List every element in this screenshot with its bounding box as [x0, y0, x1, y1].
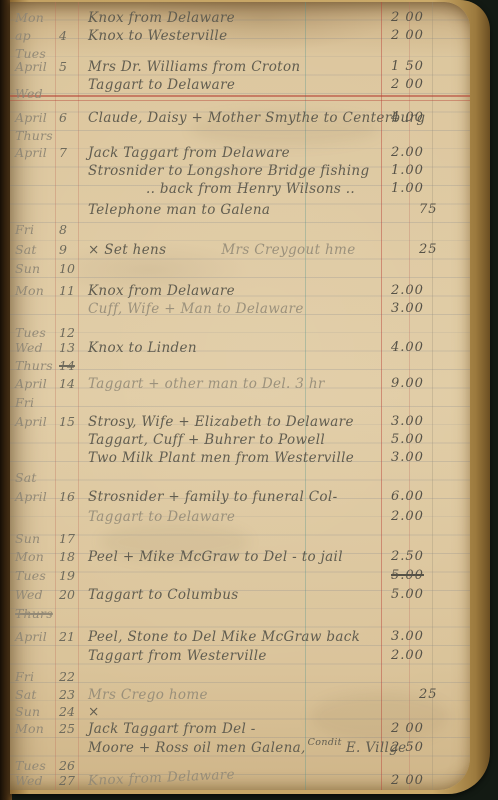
day-label: Fri [15, 222, 57, 237]
amount-value: 4.00 [391, 340, 451, 355]
entry-text-main: Knox to Westerville [88, 28, 227, 44]
ledger-row: Moore + Ross oil men Galena,ConditE. Vil… [10, 740, 470, 759]
date-number: 8 [59, 222, 81, 237]
entry-text: Knox to Westerville [88, 28, 227, 44]
entry-text-main: Peel, Stone to Del Mike McGraw back [88, 629, 360, 645]
day-label: Sun [15, 531, 57, 546]
entry-text: Two Milk Plant men from Westerville [88, 450, 354, 466]
entry-text-main: Strosnider to Longshore Bridge fishing [88, 163, 369, 179]
amount-value: 5.00 [391, 568, 451, 583]
entry-text-main: Two Milk Plant men from Westerville [88, 450, 354, 466]
date-number: 14 [59, 376, 81, 391]
ledger-row: April21Peel, Stone to Del Mike McGraw ba… [10, 629, 470, 648]
amount-value: 2.50 [391, 549, 451, 564]
entry-text-main: Taggart + other man to Del. 3 hr [88, 376, 325, 392]
ledger-row: Mon11Knox from Delaware2.00 [10, 283, 470, 302]
entry-text-main: Knox to Linden [88, 340, 197, 356]
day-label: Sun [15, 704, 57, 719]
day-label: Sat [15, 242, 57, 257]
ledger-row: Tues195.00 [10, 568, 470, 587]
ledger-row: April5Mrs Dr. Williams from Croton1 50 [10, 59, 470, 78]
amount-value: 2 00 [391, 721, 451, 736]
ledger-row: Two Milk Plant men from Westerville3.00 [10, 450, 470, 469]
entry-text-main: Jack Taggart from Delaware [88, 145, 290, 161]
ledger-page: MonKnox from Delaware2 00ap4Knox to West… [10, 2, 470, 790]
day-label: Fri [15, 395, 57, 410]
day-label: April [15, 376, 57, 391]
ledger-row: April6Claude, Daisy + Mother Smythe to C… [10, 110, 470, 129]
amount-value: 1.00 [391, 163, 451, 178]
date-number: 16 [59, 489, 81, 504]
day-label: Wed [15, 587, 57, 602]
ledger-row: MonKnox from Delaware2 00 [10, 10, 470, 29]
amount-value: 25 [391, 687, 479, 702]
entry-text: Taggart from Westerville [88, 648, 267, 664]
date-number: 24 [59, 704, 81, 719]
amount-value: 75 [391, 202, 479, 217]
entry-text: Peel, Stone to Del Mike McGraw back [88, 629, 360, 645]
amount-value: 3.00 [391, 414, 451, 429]
date-number: 19 [59, 568, 81, 583]
day-label: Thurs [15, 358, 57, 373]
entry-text: Claude, Daisy + Mother Smythe to Centerb… [88, 110, 425, 126]
ledger-row: Cuff, Wife + Man to Delaware3.00 [10, 301, 470, 320]
entry-text: Taggart to Delaware [88, 509, 235, 525]
amount-value: 2.00 [391, 283, 451, 298]
amount-value: 25 [391, 242, 479, 257]
amount-value: 2 00 [391, 773, 451, 788]
day-label: Fri [15, 669, 57, 684]
day-label: Sat [15, 687, 57, 702]
day-label: Tues [15, 568, 57, 583]
date-number: 14 [59, 358, 81, 373]
entry-text: × [88, 704, 100, 720]
date-number: 18 [59, 549, 81, 564]
entry-text-main: Moore + Ross oil men Galena, [88, 740, 306, 756]
day-label: Thurs [15, 606, 57, 621]
day-label: Thurs [15, 128, 57, 143]
entry-text-main: Cuff, Wife + Man to Delaware [88, 301, 304, 317]
ledger-row: Taggart, Cuff + Buhrer to Powell5.00 [10, 432, 470, 451]
entry-text: Taggart, Cuff + Buhrer to Powell [88, 432, 325, 448]
ledger-row: Wed13Knox to Linden4.00 [10, 340, 470, 359]
entry-text: Peel + Mike McGraw to Del - to jail [88, 549, 343, 565]
ledger-row: ap4Knox to Westerville2 00 [10, 28, 470, 47]
ledger-row: Fri [10, 395, 470, 414]
entry-text-main: Taggart to Columbus [88, 587, 239, 603]
ledger-row: Fri22 [10, 669, 470, 688]
entry-text-main: Telephone man to Galena [88, 202, 270, 218]
ledger-row: Sat9× Set hensMrs Creygout hme25 [10, 242, 470, 261]
entry-text-main: × Set hens [88, 242, 166, 258]
ledger-row: April7Jack Taggart from Delaware2.00 [10, 145, 470, 164]
date-number: 10 [59, 261, 81, 276]
inserted-word: Condit [308, 737, 342, 748]
date-number: 22 [59, 669, 81, 684]
amount-value: 2.00 [391, 648, 451, 663]
entry-text-main: Taggart from Westerville [88, 648, 267, 664]
ledger-row: Mon25Jack Taggart from Del -2 00 [10, 721, 470, 740]
day-label: April [15, 110, 57, 125]
entry-text-main: Strosy, Wife + Elizabeth to Delaware [88, 414, 354, 430]
ledger-row: Thurs14 [10, 358, 470, 377]
amount-value: 3.00 [391, 301, 451, 316]
entry-text-main: Taggart to Delaware [88, 509, 235, 525]
ledger-row: Taggart to Delaware2.00 [10, 509, 470, 528]
day-label: April [15, 414, 57, 429]
day-label: Mon [15, 283, 57, 298]
entry-text: Knox to Linden [88, 340, 197, 356]
amount-value: 4.00 [391, 110, 451, 125]
date-number: 26 [59, 758, 81, 773]
date-number: 6 [59, 110, 81, 125]
entry-text: Knox from Delaware [88, 10, 235, 26]
entry-text: Jack Taggart from Del - [88, 721, 256, 737]
entry-text-main: Knox from Delaware [88, 10, 235, 26]
day-label: April [15, 59, 57, 74]
date-number: 21 [59, 629, 81, 644]
amount-value: 2 50 [391, 740, 451, 755]
ledger-row: Sat [10, 470, 470, 489]
entry-text: Taggart to Columbus [88, 587, 239, 603]
amount-value: 5.00 [391, 432, 451, 447]
day-label: April [15, 489, 57, 504]
ledger-row: Telephone man to Galena75 [10, 202, 470, 221]
day-label: Wed [15, 86, 57, 101]
day-label: Sat [15, 470, 57, 485]
date-number: 15 [59, 414, 81, 429]
entry-text: Strosnider to Longshore Bridge fishing [88, 163, 369, 179]
date-number: 25 [59, 721, 81, 736]
entry-text-main: Knox from Delaware [88, 283, 235, 299]
ledger-row: .. back from Henry Wilsons ..1.00 [10, 181, 470, 200]
amount-value: 1 50 [391, 59, 451, 74]
entry-text: Cuff, Wife + Man to Delaware [88, 301, 304, 317]
entry-text: Moore + Ross oil men Galena,ConditE. Vil… [88, 740, 407, 756]
ledger-row: April16Strosnider + family to funeral Co… [10, 489, 470, 508]
entry-text-main: Claude, Daisy + Mother Smythe to Centerb… [88, 110, 425, 126]
entry-text: Mrs Dr. Williams from Croton [88, 59, 300, 75]
amount-value: 2 00 [391, 28, 451, 43]
amount-value: 6.00 [391, 489, 451, 504]
amount-value: 2.00 [391, 145, 451, 160]
amount-value: 1.00 [391, 181, 451, 196]
date-number: 12 [59, 325, 81, 340]
ledger-row: Sun17 [10, 531, 470, 550]
entry-text-main: Mrs Crego home [88, 687, 208, 703]
date-number: 5 [59, 59, 81, 74]
entry-text-main: Strosnider + family to funeral Col- [88, 489, 338, 505]
entry-text: .. back from Henry Wilsons .. [146, 181, 355, 197]
ledger-row: Mon18Peel + Mike McGraw to Del - to jail… [10, 549, 470, 568]
amount-value: 2 00 [391, 10, 451, 25]
date-number: 7 [59, 145, 81, 160]
ledger-row: Wed [10, 86, 470, 105]
entry-text-main: Mrs Dr. Williams from Croton [88, 59, 300, 75]
day-label: Mon [15, 10, 57, 25]
amount-value: 2.00 [391, 509, 451, 524]
ledger-row: Wed27Knox from Delaware2 00 [10, 773, 470, 792]
ledger-row: Strosnider to Longshore Bridge fishing1.… [10, 163, 470, 182]
entry-text: Mrs Crego home [88, 687, 208, 703]
ledger-row: April14Taggart + other man to Del. 3 hr9… [10, 376, 470, 395]
amount-value: 5.00 [391, 587, 451, 602]
entry-text-main: Peel + Mike McGraw to Del - to jail [88, 549, 343, 565]
entry-text-main: × [88, 704, 100, 720]
day-label: Mon [15, 721, 57, 736]
entry-text: Strosnider + family to funeral Col- [88, 489, 338, 505]
ledger-row: Sun10 [10, 261, 470, 280]
date-number: 9 [59, 242, 81, 257]
day-label: Sun [15, 261, 57, 276]
day-label: April [15, 629, 57, 644]
entry-text: Knox from Delaware [88, 283, 235, 299]
entry-text-main: Jack Taggart from Del - [88, 721, 256, 737]
date-number: 11 [59, 283, 81, 298]
date-number: 4 [59, 28, 81, 43]
ledger-row: Taggart from Westerville2.00 [10, 648, 470, 667]
day-label: Wed [15, 773, 57, 788]
date-number: 17 [59, 531, 81, 546]
amount-value: 3.00 [391, 629, 451, 644]
day-label: Wed [15, 340, 57, 355]
entry-text: Telephone man to Galena [88, 202, 270, 218]
day-label: Tues [15, 325, 57, 340]
entry-text: × Set hensMrs Creygout hme [88, 242, 356, 258]
entry-text: Strosy, Wife + Elizabeth to Delaware [88, 414, 354, 430]
ledger-row: April15Strosy, Wife + Elizabeth to Delaw… [10, 414, 470, 433]
ledger-row: Thurs [10, 606, 470, 625]
ledger-row: Fri8 [10, 222, 470, 241]
day-label: ap [15, 28, 57, 43]
date-number: 23 [59, 687, 81, 702]
amount-value: 3.00 [391, 450, 451, 465]
entry-text-secondary: Mrs Creygout hme [221, 242, 355, 258]
ledger-row: Wed20Taggart to Columbus5.00 [10, 587, 470, 606]
entry-text: Jack Taggart from Delaware [88, 145, 290, 161]
amount-value: 9.00 [391, 376, 451, 391]
entry-text-main: .. back from Henry Wilsons .. [146, 181, 355, 197]
date-number: 20 [59, 587, 81, 602]
date-number: 27 [59, 773, 81, 788]
entry-text: Taggart + other man to Del. 3 hr [88, 376, 325, 392]
day-label: Tues [15, 758, 57, 773]
day-label: April [15, 145, 57, 160]
entry-text-main: Taggart, Cuff + Buhrer to Powell [88, 432, 325, 448]
date-number: 13 [59, 340, 81, 355]
day-label: Mon [15, 549, 57, 564]
